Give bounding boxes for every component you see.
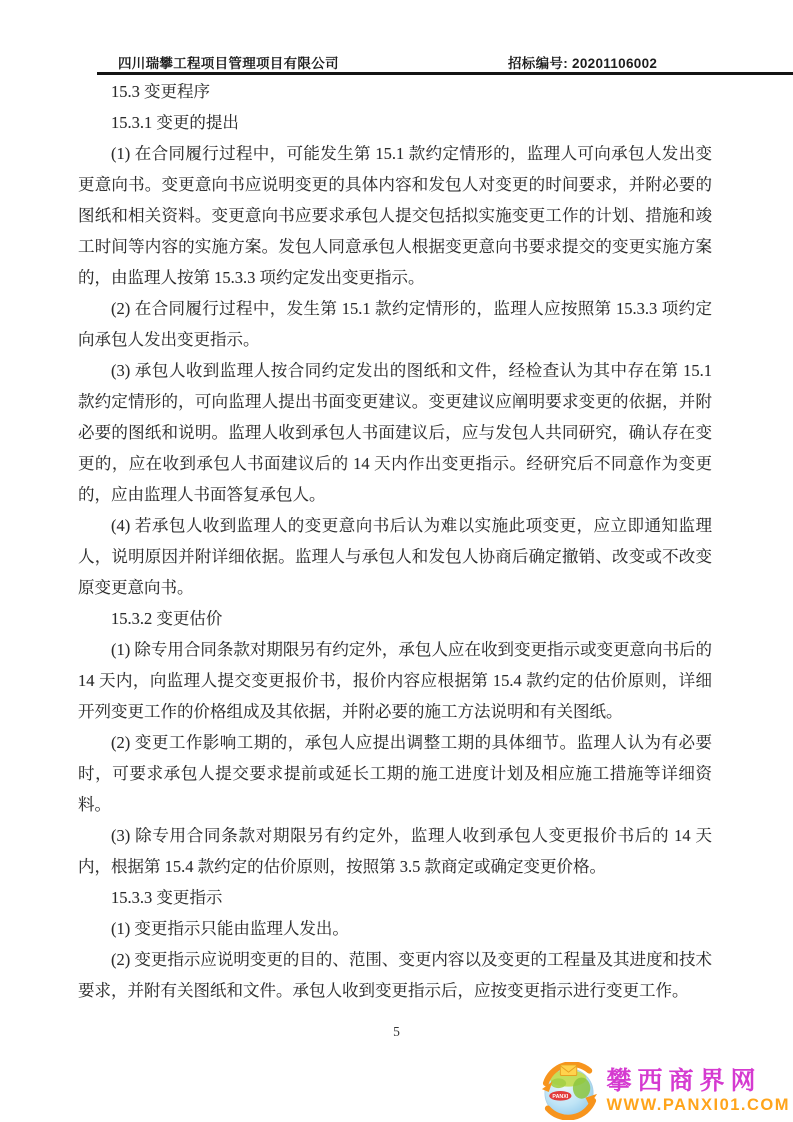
section-heading: 15.3.1 变更的提出	[78, 107, 712, 138]
watermark: PANXI 攀西商界网 WWW.PANXI01.COM	[538, 1062, 790, 1120]
watermark-site-name: 攀西商界网	[606, 1069, 761, 1094]
body-paragraph: (1) 在合同履行过程中，可能发生第 15.1 款约定情形的，监理人可向承包人发…	[78, 138, 712, 293]
body-paragraph: (1) 变更指示只能由监理人发出。	[78, 913, 712, 944]
header-bid-number: 招标编号: 20201106002	[508, 52, 657, 72]
body-paragraph: (2) 变更工作影响工期的，承包人应提出调整工期的具体细节。监理人认为有必要时，…	[78, 727, 712, 820]
section-heading: 15.3.3 变更指示	[78, 882, 712, 913]
watermark-text: 攀西商界网 WWW.PANXI01.COM	[606, 1069, 790, 1114]
body-paragraph: (1) 除专用合同条款对期限另有约定外，承包人应在收到变更指示或变更意向书后的 …	[78, 634, 712, 727]
svg-text:PANXI: PANXI	[553, 1094, 569, 1100]
header-divider	[97, 72, 793, 75]
document-page: 四川瑞攀工程项目管理项目有限公司 招标编号: 20201106002 15.3 …	[0, 0, 793, 1122]
body-paragraph: (3) 承包人收到监理人按合同约定发出的图纸和文件，经检查认为其中存在第 15.…	[78, 355, 712, 510]
body-paragraph: (4) 若承包人收到监理人的变更意向书后认为难以实施此项变更，应立即通知监理人，…	[78, 510, 712, 603]
section-heading: 15.3.2 变更估价	[78, 603, 712, 634]
watermark-site-url: WWW.PANXI01.COM	[606, 1097, 790, 1114]
page-number: 5	[0, 1024, 793, 1040]
document-body: 15.3 变更程序15.3.1 变更的提出(1) 在合同履行过程中，可能发生第 …	[78, 76, 712, 1006]
header-company-name: 四川瑞攀工程项目管理项目有限公司	[118, 52, 339, 72]
panxi-globe-logo-icon: PANXI	[538, 1062, 602, 1120]
body-paragraph: (2) 变更指示应说明变更的目的、范围、变更内容以及变更的工程量及其进度和技术要…	[78, 944, 712, 1006]
section-heading: 15.3 变更程序	[78, 76, 712, 107]
body-paragraph: (2) 在合同履行过程中，发生第 15.1 款约定情形的，监理人应按照第 15.…	[78, 293, 712, 355]
body-paragraph: (3) 除专用合同条款对期限另有约定外，监理人收到承包人变更报价书后的 14 天…	[78, 820, 712, 882]
